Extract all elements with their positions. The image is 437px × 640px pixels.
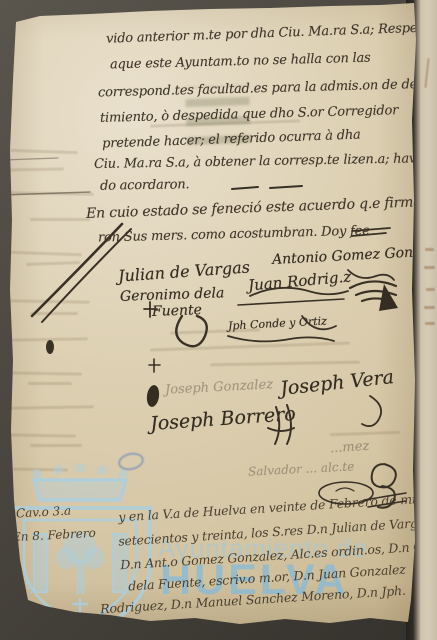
manuscript-line: pretende hacer; el referido ocurra à dha [102,127,361,151]
bleedthrough-mark [26,261,80,266]
bleedthrough-mark [8,337,88,341]
adjacent-page-ink-mark [424,58,429,88]
bleedthrough-mark [8,405,94,410]
signature: Geronimo dela [120,285,225,305]
signature: Juan Rodrig.z [247,268,351,295]
manuscript-scan: Ayuntamiento de HUELVA vido anterior m.t… [0,0,437,640]
bleedthrough-mark [8,251,82,257]
bleedthrough-mark [6,433,76,437]
manuscript-line: vido anterior m.te por dha Ciu. Ma.ra S.… [106,20,434,46]
signature: Joseph Borrero [149,403,296,435]
manuscript-line: En cuio estado se feneció este acuerdo q… [86,194,426,222]
bleedthrough-mark [30,312,78,315]
bleedthrough-mark [150,342,350,352]
faint-signature: ...mez [330,439,370,457]
bleedthrough-mark [8,149,78,154]
manuscript-line: Ciu. Ma.ra S.a, à obtener la corresp.te … [94,151,437,172]
manuscript-page: Ayuntamiento de HUELVA vido anterior m.t… [0,0,437,640]
bleedthrough-mark [6,371,82,375]
bleedthrough-mark [28,382,72,385]
bleedthrough-mark [4,167,64,171]
manuscript-line: ron Sus mers. como acostumbran. Doy fee [98,223,370,245]
adjacent-page-ink-mark [425,248,434,251]
manuscript-line: correspond.tes facultad.es para la admis… [98,77,437,101]
bleedthrough-mark [6,191,94,196]
bleedthrough-mark [210,361,360,367]
adjacent-page-ink-mark [424,266,435,269]
signature: Antonio Gomez Gon.z [272,244,426,268]
margin-note: Cav.o 3.a [16,504,72,521]
manuscript-line: do acordaron. [100,177,190,194]
bleedthrough-mark [30,218,90,221]
signature: Joseph Vera [279,366,395,400]
signature: Julian de Vargas [117,257,250,285]
bleedthrough-mark [330,431,400,436]
signature: Fuente [152,302,202,320]
manuscript-line: aque este Ayuntam.to no se halla con las [110,51,371,73]
adjacent-page-ink-mark [425,322,435,325]
faint-signature: Salvador ... alc.te [248,459,355,479]
bleedthrough-mark [30,444,82,447]
signature: Jph Conde y Ortiz [228,314,327,332]
signature: Joseph Gonzalez [165,377,274,398]
adjacent-page-ink-mark [426,288,435,291]
bleedthrough-mark [6,299,90,303]
adjacent-page-ink-mark [424,306,435,309]
